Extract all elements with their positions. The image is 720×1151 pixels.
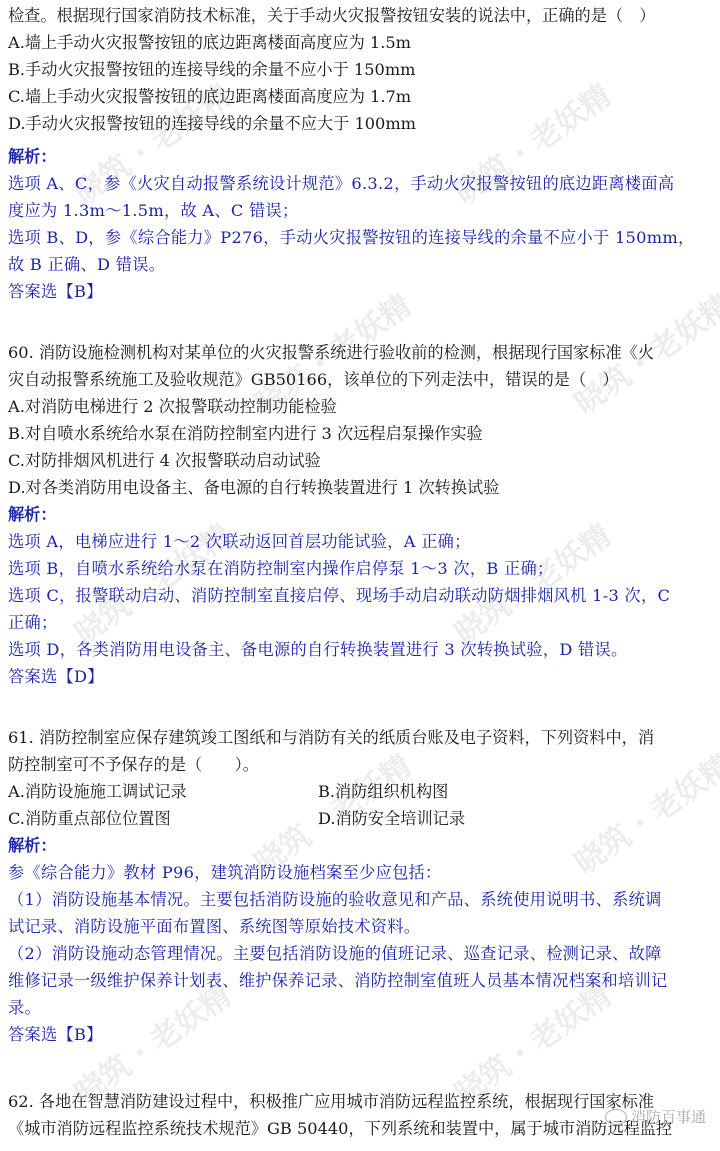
document-page: 检查。根据现行国家消防技术标准，关于手动火灾报警按钮安装的说法中，正确的是（ ）…	[0, 0, 720, 1142]
answer: 答案选【B】	[8, 278, 712, 305]
question-stem: 防控制室可不予保存的是（ ）。	[8, 751, 712, 778]
analysis-heading: 解析：	[8, 143, 712, 170]
analysis-line: （1）消防设施基本情况。主要包括消防设施的验收意见和产品、系统使用说明书、系统调	[8, 886, 712, 913]
analysis-line: 正确；	[8, 609, 712, 636]
option-d: D.消防安全培训记录	[318, 805, 628, 832]
analysis-line: 度应为 1.3m～1.5m，故 A、C 错误；	[8, 197, 712, 224]
spacer	[8, 305, 712, 339]
question-59: 检查。根据现行国家消防技术标准，关于手动火灾报警按钮安装的说法中，正确的是（ ）…	[8, 0, 712, 305]
option-b: B.对自喷水系统给水泵在消防控制室内进行 3 次远程启泵操作实验	[8, 420, 712, 447]
source-watermark: 消防百事通	[605, 1106, 706, 1127]
option-a: A.对消防电梯进行 2 次报警联动控制功能检验	[8, 393, 712, 420]
analysis-line: 选项 C，报警联动启动、消防控制室直接启停、现场手动启动联动防烟排烟风机 1-3…	[8, 582, 712, 609]
analysis-heading: 解析：	[8, 832, 712, 859]
analysis-line: 试记录、消防设施平面布置图、系统图等原始技术资料。	[8, 913, 712, 940]
wechat-chat-icon	[605, 1109, 627, 1125]
analysis-line: 选项 A、C，参《火灾自动报警系统设计规范》6.3.2，手动火灾报警按钮的底边距…	[8, 170, 712, 197]
option-a: A.消防设施施工调试记录	[8, 778, 318, 805]
analysis-line: 选项 B、D，参《综合能力》P276，手动火灾报警按钮的连接导线的余量不应小于 …	[8, 224, 712, 251]
options-row: C.消防重点部位位置图 D.消防安全培训记录	[8, 805, 712, 832]
option-c: C.消防重点部位位置图	[8, 805, 318, 832]
option-b: B.手动火灾报警按钮的连接导线的余量不应小于 150mm	[8, 56, 712, 83]
question-stem: 检查。根据现行国家消防技术标准，关于手动火灾报警按钮安装的说法中，正确的是（ ）	[8, 2, 712, 29]
analysis-heading: 解析：	[8, 501, 712, 528]
analysis-line: 故 B 正确、D 错误。	[8, 251, 712, 278]
answer: 答案选【D】	[8, 663, 712, 690]
source-label: 消防百事通	[631, 1106, 706, 1127]
analysis-line: 选项 A，电梯应进行 1～2 次联动返回首层功能试验，A 正确；	[8, 528, 712, 555]
question-stem: 61. 消防控制室应保存建筑竣工图纸和与消防有关的纸质台账及电子资料，下列资料中…	[8, 724, 712, 751]
analysis-line: 选项 B，自喷水系统给水泵在消防控制室内操作启停泵 1～3 次，B 正确；	[8, 555, 712, 582]
spacer	[8, 1048, 712, 1088]
question-stem: 灾自动报警系统施工及验收规范》GB50166，该单位的下列走法中，错误的是（ ）	[8, 366, 712, 393]
option-b: B.消防组织机构图	[318, 778, 628, 805]
option-a: A.墙上手动火灾报警按钮的底边距离楼面高度应为 1.5m	[8, 29, 712, 56]
option-d: D.手动火灾报警按钮的连接导线的余量不应大于 100mm	[8, 110, 712, 137]
analysis-line: 维修记录一级维护保养计划表、维护保养记录、消防控制室值班人员基本情况档案和培训记	[8, 967, 712, 994]
question-60: 60. 消防设施检测机构对某单位的火灾报警系统进行验收前的检测，根据现行国家标准…	[8, 339, 712, 690]
analysis-line: （2）消防设施动态管理情况。主要包括消防设施的值班记录、巡查记录、检测记录、故障	[8, 940, 712, 967]
option-c: C.墙上手动火灾报警按钮的底边距离楼面高度应为 1.7m	[8, 83, 712, 110]
analysis-line: 选项 D，各类消防用电设备主、备电源的自行转换装置进行 3 次转换试验，D 错误…	[8, 636, 712, 663]
option-c: C.对防排烟风机进行 4 次报警联动启动试验	[8, 447, 712, 474]
question-stem: 60. 消防设施检测机构对某单位的火灾报警系统进行验收前的检测，根据现行国家标准…	[8, 339, 712, 366]
answer: 答案选【B】	[8, 1021, 712, 1048]
question-61: 61. 消防控制室应保存建筑竣工图纸和与消防有关的纸质台账及电子资料，下列资料中…	[8, 724, 712, 1048]
analysis-line: 参《综合能力》教材 P96，建筑消防设施档案至少应包括：	[8, 859, 712, 886]
spacer	[8, 690, 712, 724]
options-row: A.消防设施施工调试记录 B.消防组织机构图	[8, 778, 712, 805]
option-d: D.对各类消防用电设备主、备电源的自行转换装置进行 1 次转换试验	[8, 474, 712, 501]
analysis-line: 录。	[8, 994, 712, 1021]
